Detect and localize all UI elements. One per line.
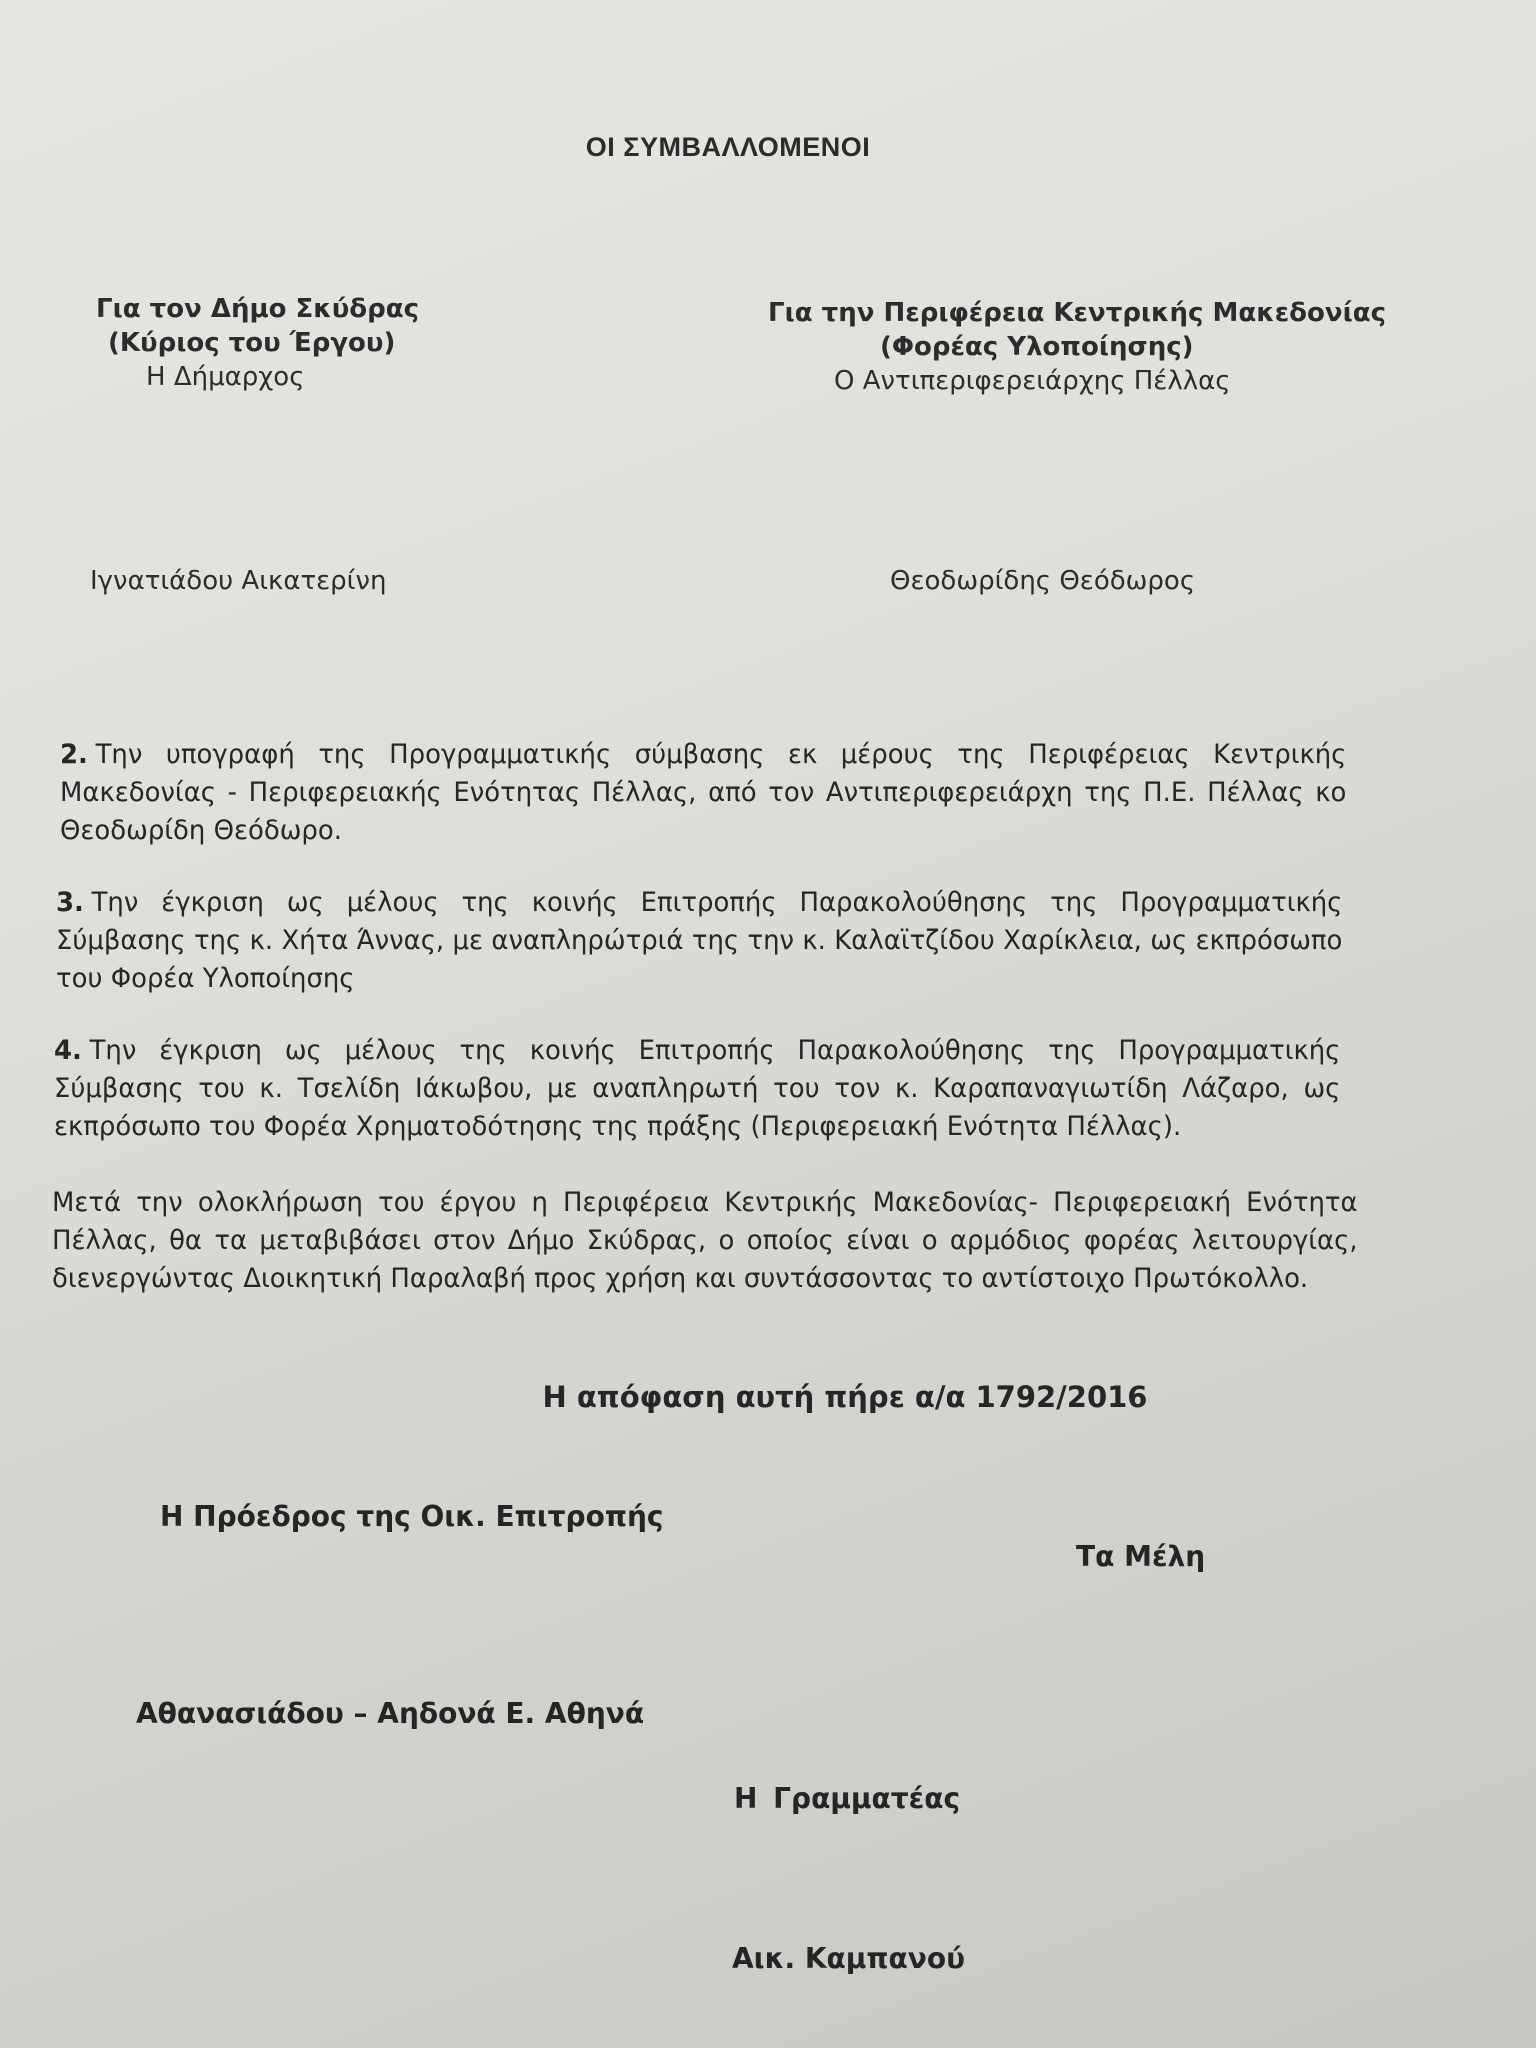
secretary-name: Αικ. Καμπανού [732,1942,965,1975]
document-page: ΟΙ ΣΥΜΒΑΛΛΟΜΕΝΟΙ Για τον Δήμο Σκύδρας (Κ… [0,0,1536,2048]
party-right-signer: Θεοδωρίδης Θεόδωρος [890,566,1195,596]
president-label: Η Πρόεδρος της Οικ. Επιτροπής [160,1500,664,1533]
item-number: 2. [60,739,88,770]
decision-item-3: 3.Την έγκριση ως μέλους της κοινής Επιτρ… [56,884,1342,998]
secretary-label: Η Γραμματέας [734,1782,960,1815]
document-heading: ΟΙ ΣΥΜΒΑΛΛΟΜΕΝΟΙ [0,132,1456,163]
party-left-title: Για τον Δήμο Σκύδρας [96,292,419,326]
president-name: Αθανασιάδου – Αηδονά Ε. Αθηνά [136,1697,644,1730]
decision-number: Η απόφαση αυτή πήρε α/α 1792/2016 [0,1380,1536,1414]
item-number: 3. [56,887,84,918]
decision-item-4: 4.Την έγκριση ως μέλους της κοινής Επιτρ… [54,1032,1340,1146]
members-label: Τα Μέλη [1076,1540,1205,1573]
party-left-office: Η Δήμαρχος [96,360,419,394]
item-text: Την υπογραφή της Προγραμματικής σύμβασης… [60,739,1346,846]
party-left-block: Για τον Δήμο Σκύδρας (Κύριος του Έργου) … [96,292,419,394]
party-left-signer: Ιγνατιάδου Αικατερίνη [90,566,387,596]
item-text: Την έγκριση ως μέλους της κοινής Επιτροπ… [54,1035,1340,1142]
closing-paragraph: Μετά την ολοκλήρωση του έργου η Περιφέρε… [52,1184,1358,1298]
item-text: Την έγκριση ως μέλους της κοινής Επιτροπ… [56,887,1342,994]
item-number: 4. [54,1035,82,1066]
decision-item-2: 2.Την υπογραφή της Προγραμματικής σύμβασ… [60,736,1346,850]
party-right-title: Για την Περιφέρεια Κεντρικής Μακεδονίας [768,296,1386,330]
party-left-role: (Κύριος του Έργου) [96,326,419,360]
party-right-office: Ο Αντιπεριφερειάρχης Πέλλας [768,364,1386,398]
party-right-role: (Φορέας Υλοποίησης) [768,330,1386,364]
party-right-block: Για την Περιφέρεια Κεντρικής Μακεδονίας … [768,296,1386,398]
